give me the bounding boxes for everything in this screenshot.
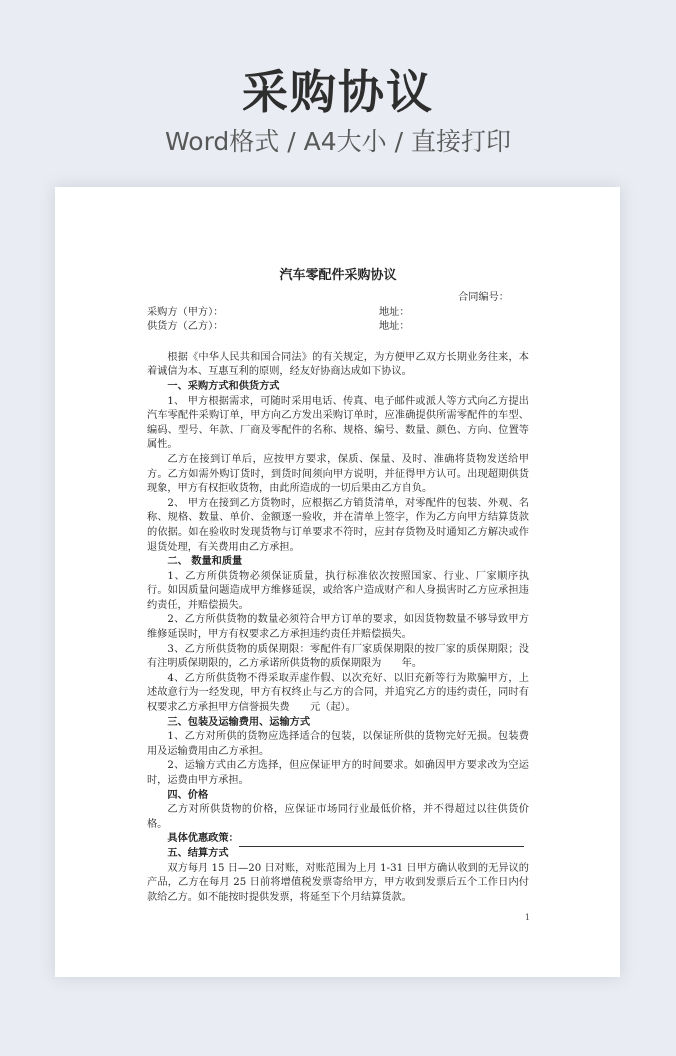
page-number: 1 xyxy=(525,913,530,922)
supplier-address-label: 地址： xyxy=(379,320,410,335)
section-paragraph: 乙方对所供货物的价格，应保证市场同行业最低价格，并不得超过以往供货价格。 xyxy=(147,803,529,832)
banner-subtitle: Word格式 / A4大小 / 直接打印 xyxy=(0,124,676,160)
discount-policy-row: 具体优惠政策： xyxy=(147,832,529,847)
section-paragraph: 2、 甲方在接到乙方货物时，应根据乙方销货清单，对零配件的包装、外观、名称、规格… xyxy=(147,497,529,555)
section-paragraph: 3、乙方所供货物的质保期限：零配件有厂家质保期限的按厂家的质保期限；没有注明质保… xyxy=(147,643,529,672)
section-paragraph: 乙方在接到订单后，应按甲方要求，保质、保量、及时、准确将货物发送给甲方。乙方如需… xyxy=(147,453,529,497)
section-heading: 三、包装及运输费用、运输方式 xyxy=(147,716,529,731)
section-heading: 四、价格 xyxy=(147,789,529,804)
section-heading: 二、 数量和质量 xyxy=(147,555,529,570)
section-paragraph: 2、运输方式由乙方选择，但应保证甲方的时间要求。如确因甲方要求改为空运时，运费由… xyxy=(147,759,529,788)
section-paragraph: 1、乙方对所供的货物应选择适合的包装，以保证所供的货物完好无损。包装费用及运输费… xyxy=(147,730,529,759)
buyer-row: 采购方（甲方）： 地址： xyxy=(147,306,529,321)
contract-number-label: 合同编号： xyxy=(147,291,529,306)
banner-title: 采购协议 xyxy=(0,62,676,122)
document-title: 汽车零配件采购协议 xyxy=(147,267,529,285)
section-paragraph: 1、乙方所供货物必须保证质量，执行标准依次按照国家、行业、厂家顺序执行。如因质量… xyxy=(147,570,529,614)
section-heading: 一、采购方式和供货方式 xyxy=(147,380,529,395)
discount-policy-label: 具体优惠政策： xyxy=(167,833,238,844)
section-paragraph: 1、 甲方根据需求，可随时采用电话、传真、电子邮件或派人等方式向乙方提出汽车零配… xyxy=(147,395,529,453)
supplier-row: 供货方（乙方）： 地址： xyxy=(147,320,529,335)
document-page: 汽车零配件采购协议 合同编号： 采购方（甲方）： 地址： 供货方（乙方）： 地址… xyxy=(55,187,620,977)
document-body: 汽车零配件采购协议 合同编号： 采购方（甲方）： 地址： 供货方（乙方）： 地址… xyxy=(147,267,529,905)
banner: 采购协议 Word格式 / A4大小 / 直接打印 xyxy=(0,62,676,160)
section-paragraph: 4、乙方所供货物不得采取弄虚作假、以次充好、以旧充新等行为欺骗甲方，上述故意行为… xyxy=(147,672,529,716)
settlement-paragraph: 双方每月 15 日—20 日对账，对账范围为上月 1-31 日甲方确认收到的无异… xyxy=(147,862,529,906)
discount-policy-blank xyxy=(239,834,524,847)
buyer-label: 采购方（甲方）： xyxy=(147,306,379,321)
settlement-heading: 五、结算方式 xyxy=(147,847,529,862)
buyer-address-label: 地址： xyxy=(379,306,410,321)
section-paragraph: 2、乙方所供货物的数量必须符合甲方订单的要求，如因货物数量不够导致甲方维修延误时… xyxy=(147,613,529,642)
intro-paragraph: 根据《中华人民共和国合同法》的有关规定，为方便甲乙双方长期业务往来，本着诚信为本… xyxy=(147,351,529,380)
supplier-label: 供货方（乙方）： xyxy=(147,320,379,335)
